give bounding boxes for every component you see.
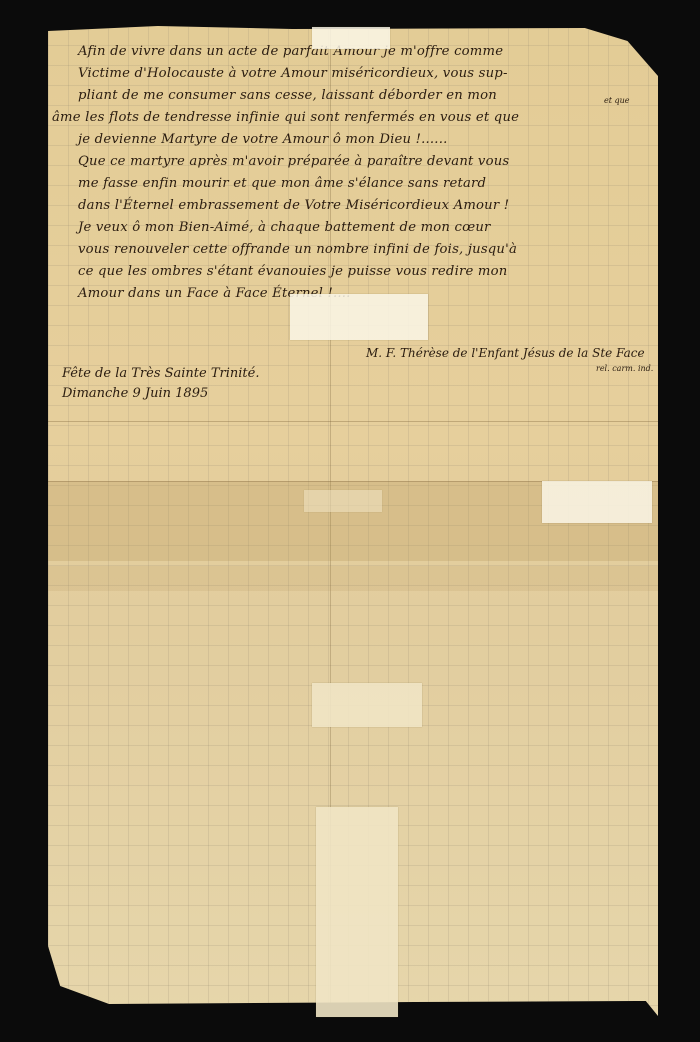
- letter-line: âme les flots de tendresse infinie qui s…: [52, 110, 519, 125]
- letter-line: pliant de me consumer sans cesse, laissa…: [78, 88, 497, 103]
- signature: M. F. Thérèse de l'Enfant Jésus de la St…: [366, 346, 645, 360]
- letter-line: ce que les ombres s'étant évanouies je p…: [78, 264, 507, 279]
- middle-tape: [290, 294, 428, 340]
- fold-tape: [304, 490, 382, 512]
- horizontal-fold: [48, 421, 658, 422]
- signature-subline: rel. carm. ind.: [596, 364, 653, 373]
- right-tape: [542, 481, 652, 523]
- letter-line: Victime d'Holocauste à votre Amour misér…: [78, 66, 508, 81]
- bottom-tape: [316, 807, 398, 1017]
- interlinear-insert: et que: [604, 96, 630, 105]
- letter-line: vous renouveler cette offrande un nombre…: [78, 242, 517, 257]
- letter-line: Que ce martyre après m'avoir préparée à …: [78, 154, 509, 169]
- letter-line: je devienne Martyre de votre Amour ô mon…: [78, 132, 447, 147]
- feast-line: Fête de la Très Sainte Trinité.: [62, 366, 259, 381]
- fold-band-light: [48, 566, 658, 591]
- center-tape: [312, 683, 422, 727]
- top-tape: [312, 27, 390, 49]
- letter-line: me fasse enfin mourir et que mon âme s'é…: [78, 176, 486, 191]
- letter-line: dans l'Éternel embrassement de Votre Mis…: [78, 198, 509, 213]
- date-line: Dimanche 9 Juin 1895: [62, 386, 208, 401]
- letter-line: Afin de vivre dans un acte de parfait Am…: [78, 44, 503, 59]
- letter-line: Je veux ô mon Bien-Aimé, à chaque battem…: [78, 220, 491, 235]
